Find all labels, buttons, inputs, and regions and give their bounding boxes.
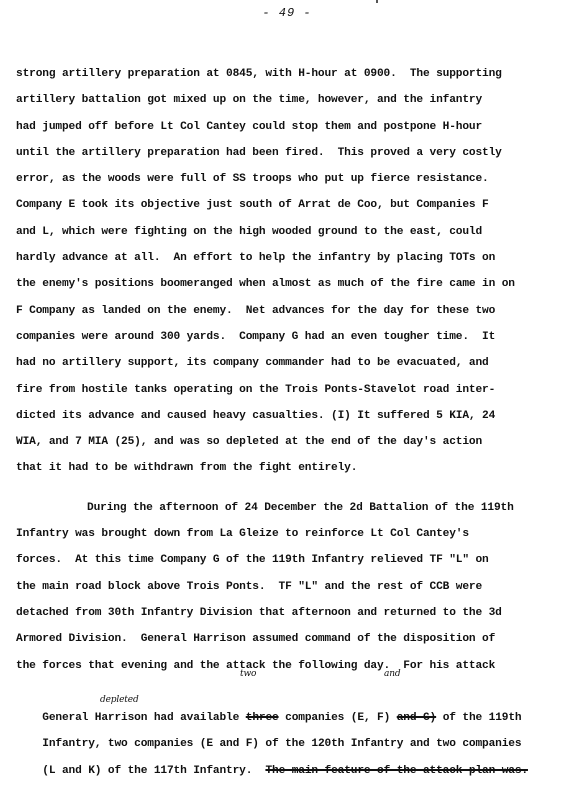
text-line: until the artillery preparation had been… bbox=[16, 140, 572, 166]
edited-line: Infantry, twodepleted companies (E and F… bbox=[16, 705, 572, 731]
text-line: artillery battalion got mixed up on the … bbox=[16, 87, 572, 113]
text-line: WIA, and 7 MIA (25), and was so depleted… bbox=[16, 429, 572, 455]
text-line: Infantry was brought down from La Gleize… bbox=[16, 521, 572, 547]
paragraph-start-line: During the afternoon of 24 December the … bbox=[16, 495, 572, 521]
handwritten-insert: depleted bbox=[100, 695, 139, 705]
text-line: and L, which were fighting on the high w… bbox=[16, 219, 572, 245]
text-line: the forces that evening and the attack t… bbox=[16, 653, 572, 679]
text-line: hardly advance at all. An effort to help… bbox=[16, 245, 572, 271]
text-line: companies were around 300 yards. Company… bbox=[16, 324, 572, 350]
scan-artifact bbox=[376, 0, 378, 3]
page-number: - 49 - bbox=[0, 6, 574, 20]
text-line: that it had to be withdrawn from the fig… bbox=[16, 455, 572, 481]
text-line: detached from 30th Infantry Division tha… bbox=[16, 600, 572, 626]
text-line: the main road block above Trois Ponts. T… bbox=[16, 574, 572, 600]
text-line: Company E took its objective just south … bbox=[16, 192, 572, 218]
text-line: error, as the woods were full of SS troo… bbox=[16, 166, 572, 192]
text-line: Armored Division. General Harrison assum… bbox=[16, 626, 572, 652]
handwritten-insert: two bbox=[240, 669, 256, 679]
handwritten-insert: and bbox=[384, 669, 400, 679]
text-line: forces. At this time Company G of the 11… bbox=[16, 547, 572, 573]
text-line: dicted its advance and caused heavy casu… bbox=[16, 403, 572, 429]
text-line: had jumped off before Lt Col Cantey coul… bbox=[16, 114, 572, 140]
text-line: F Company as landed on the enemy. Net ad… bbox=[16, 298, 572, 324]
text-line: the enemy's positions boomeranged when a… bbox=[16, 271, 572, 297]
text-line: fire from hostile tanks operating on the… bbox=[16, 377, 572, 403]
edited-line: (L and K) of the 117th Infantry. The mai… bbox=[16, 731, 572, 757]
struck-sentence: The main feature of the attack plan was. bbox=[265, 765, 528, 777]
text-line: strong artillery preparation at 0845, wi… bbox=[16, 61, 572, 87]
document-body: strong artillery preparation at 0845, wi… bbox=[16, 61, 572, 758]
text-line: had no artillery support, its company co… bbox=[16, 350, 572, 376]
